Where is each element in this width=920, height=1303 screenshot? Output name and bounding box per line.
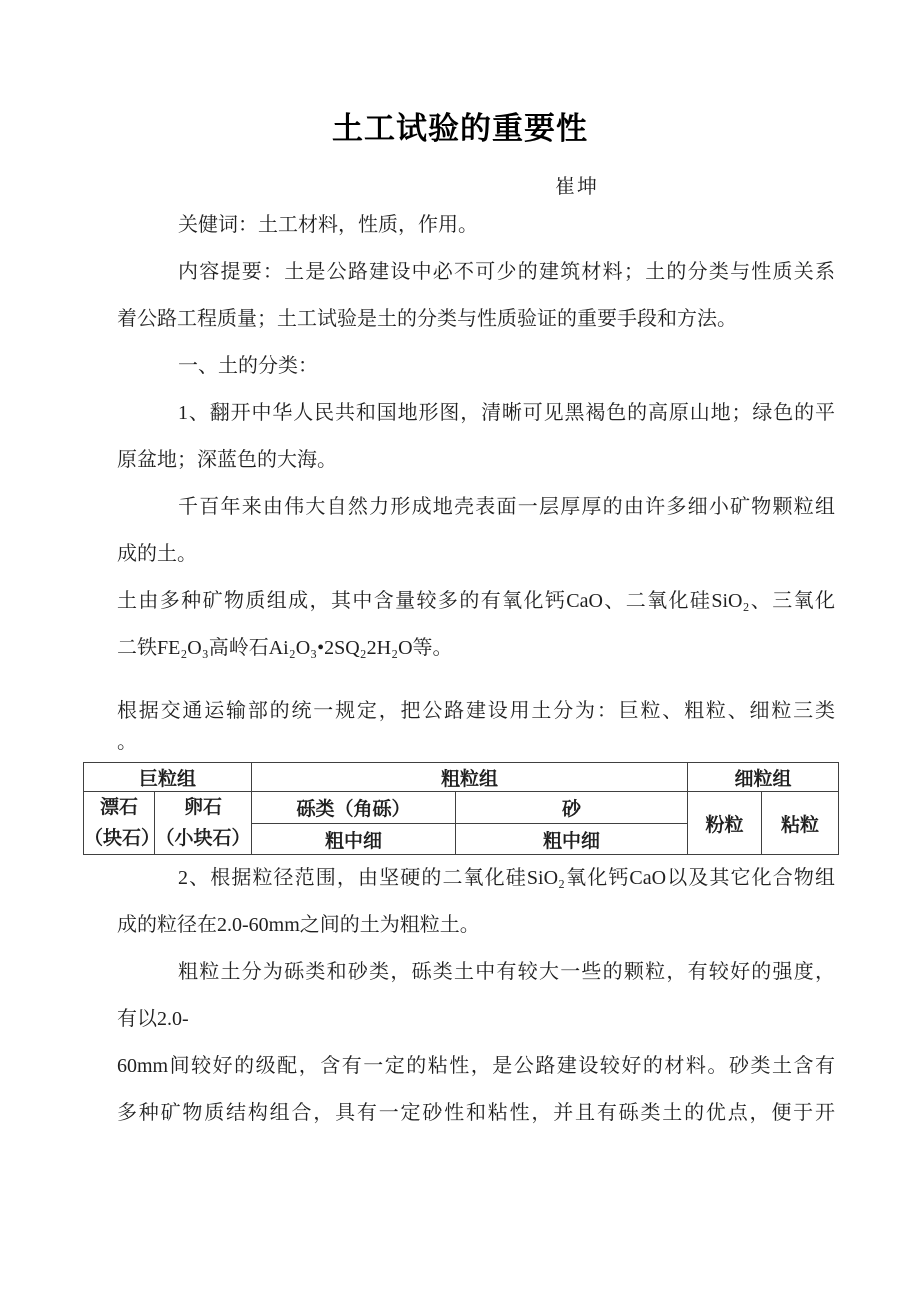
paragraph-line-ministry-1: 根据交通运输部的统一规定，把公路建设用土分为：巨粒、粗粒、细粒三类: [117, 696, 835, 727]
boulder-label: 漂石: [84, 792, 154, 823]
paragraph-line-item2-1: 2、根据粒径范围，由坚硬的二氧化硅SiO₂氧化钙CaO以及其它化合物组: [117, 855, 835, 902]
paragraph-line-ministry-2: 。: [117, 727, 835, 758]
table-cell-sand-sizes: 粗中细: [456, 824, 688, 855]
paragraph-line-keywords: 关健词：土工材料，性质，作用。: [117, 202, 835, 249]
table-header-giant-group: 巨粒组: [84, 763, 252, 792]
paragraph-line-coarse-2: 有以2.0-: [117, 996, 835, 1043]
table-cell-silt: 粉粒: [688, 792, 762, 855]
author-name: 崔坤: [555, 176, 599, 198]
cobble-alt-label: （小块石）: [155, 823, 251, 854]
author-line: 崔坤: [117, 172, 835, 202]
table-header-coarse-group: 粗粒组: [252, 763, 688, 792]
paragraph-line-section-1: 一、土的分类：: [117, 343, 835, 390]
paragraph-line-nature-2: 成的土。: [117, 531, 835, 578]
table-header-fine-group: 细粒组: [688, 763, 839, 792]
table-cell-gravel-type: 砾类（角砾）: [252, 792, 456, 824]
paragraph-line-item1-1: 1、翻开中华人民共和国地形图，清晰可见黑褐色的高原山地；绿色的平: [117, 390, 835, 437]
table-cell-gravel-sizes: 粗中细: [252, 824, 456, 855]
paragraph-line-abstract-1: 内容提要：土是公路建设中必不可少的建筑材料；土的分类与性质关系: [117, 249, 835, 296]
document-title: 土工试验的重要性: [0, 0, 920, 152]
paragraph-line-minerals-1: 土由多种矿物质组成，其中含量较多的有氧化钙CaO、二氧化硅SiO₂、三氧化: [117, 578, 835, 625]
paragraph-line-coarse-3: 60mm间较好的级配，含有一定的粘性，是公路建设较好的材料。砂类土含有: [117, 1043, 835, 1090]
paragraph-line-minerals-2: 二铁FE₂O₃高岭石Ai₂O₃•2SQ₂2H₂O等。: [117, 625, 835, 672]
boulder-alt-label: （块石）: [84, 823, 154, 854]
paragraph-line-item2-2: 成的粒径在2.0-60mm之间的土为粗粒土。: [117, 902, 835, 949]
paragraph-line-coarse-1: 粗粒土分为砾类和砂类，砾类土中有较大一些的颗粒，有较好的强度，: [117, 949, 835, 996]
table-cell-clay: 粘粒: [762, 792, 839, 855]
table-cell-cobble: 卵石 （小块石）: [155, 792, 252, 855]
paragraph-line-abstract-2: 着公路工程质量；土工试验是土的分类与性质验证的重要手段和方法。: [117, 296, 835, 343]
paragraph-line-nature-1: 千百年来由伟大自然力形成地壳表面一层厚厚的由许多细小矿物颗粒组: [117, 484, 835, 531]
table-cell-sand-type: 砂: [456, 792, 688, 824]
table-cell-boulder: 漂石 （块石）: [84, 792, 155, 855]
document-page: 土工试验的重要性 崔坤 关健词：土工材料，性质，作用。 内容提要：土是公路建设中…: [0, 0, 920, 1303]
paragraph-line-coarse-4: 多种矿物质结构组合，具有一定砂性和粘性，并且有砾类土的优点，便于开: [117, 1090, 835, 1137]
cobble-label: 卵石: [155, 792, 251, 823]
paragraph-line-item1-2: 原盆地；深蓝色的大海。: [117, 437, 835, 484]
soil-classification-table: 巨粒组 粗粒组 细粒组 漂石 （块石） 卵石 （小块石） 砾类（角砾） 砂 粉粒…: [83, 762, 839, 855]
